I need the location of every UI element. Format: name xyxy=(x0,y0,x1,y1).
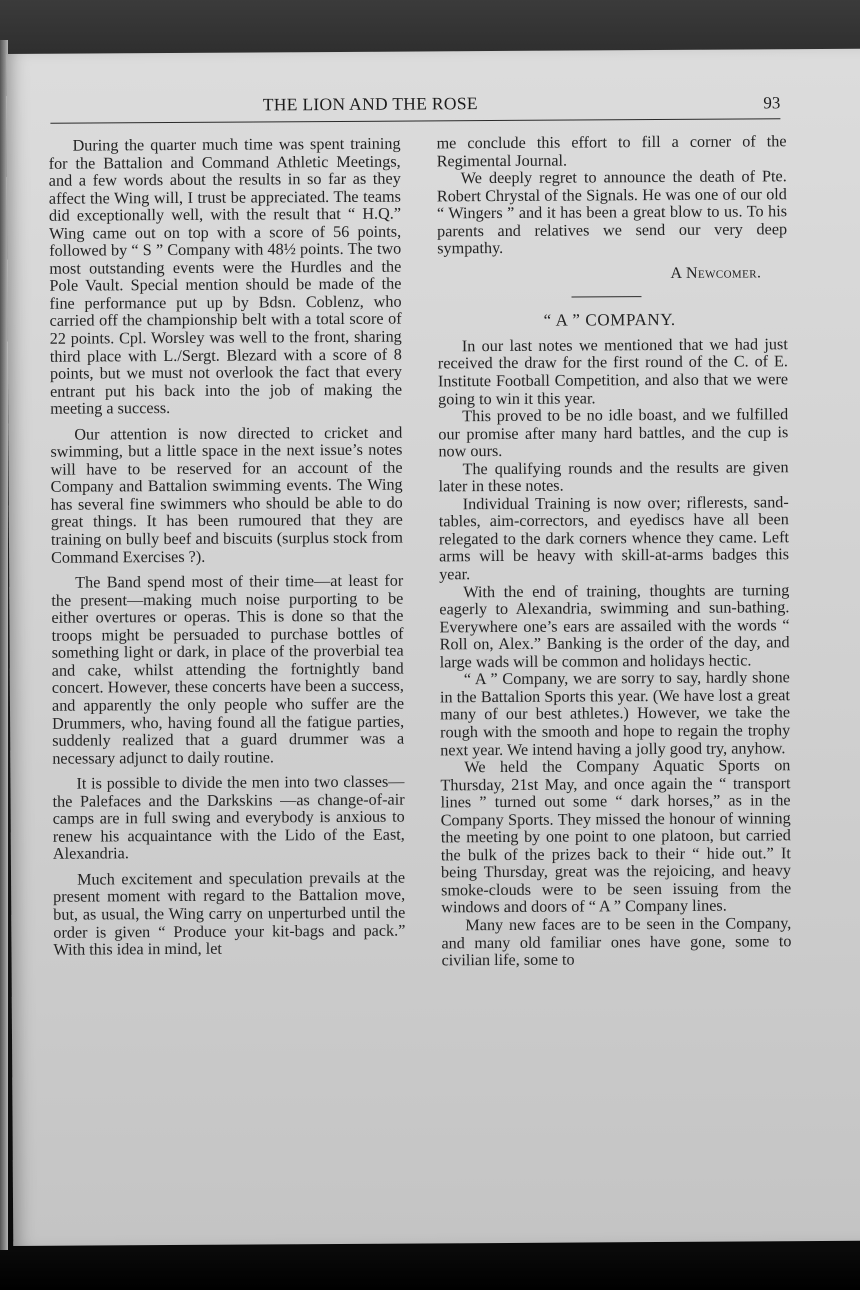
paragraph-aquatic-sports: We held the Company Aquatic Sports on Th… xyxy=(440,757,791,917)
publication-title: THE LION AND THE ROSE xyxy=(50,92,690,117)
paragraph-camps: It is possible to divide the men into tw… xyxy=(52,774,405,864)
paragraph-individual-training: Individual Training is now over; rifle­r… xyxy=(439,494,790,584)
paragraph-swimming: Our attention is now directed to cricket… xyxy=(50,424,403,567)
paragraph-football-draw: In our last notes we mentioned that we h… xyxy=(438,336,788,408)
paragraph-alexandria: With the end of training, thoughts are t… xyxy=(439,582,790,672)
paragraph-athletics: During the quarter much time was spent t… xyxy=(49,136,403,419)
left-column: During the quarter much time was spent t… xyxy=(49,136,406,960)
page-number: 93 xyxy=(763,93,780,113)
paragraph-qualifying-rounds: The qualifying rounds and the results ar… xyxy=(438,459,788,496)
paragraph-continuation: me conclude this effort to fill a corner… xyxy=(437,133,787,170)
author-signature: A Newcomer. xyxy=(437,264,761,284)
paragraph-cup-won: This proved to be no idle boast, and we … xyxy=(438,406,788,461)
right-column: me conclude this effort to fill a corner… xyxy=(437,133,792,970)
paragraph-battalion-sports: “ A ” Company, we are sorry to say, hard… xyxy=(440,670,791,760)
magazine-page: THE LION AND THE ROSE 93 During the quar… xyxy=(6,49,860,1246)
section-divider xyxy=(571,296,641,297)
photo-scene: THE LION AND THE ROSE 93 During the quar… xyxy=(0,0,860,1290)
paragraph-band: The Band spend most of their time—at lea… xyxy=(51,573,404,768)
paragraph-obituary: We deeply regret to announce the death o… xyxy=(437,168,788,258)
running-header: THE LION AND THE ROSE 93 xyxy=(50,91,780,121)
paragraph-new-faces: Many new faces are to be seen in the Com… xyxy=(441,915,791,970)
section-heading-a-company: “ A ” COMPANY. xyxy=(432,311,788,331)
paragraph-battalion-move: Much excitement and speculation pre­vail… xyxy=(53,869,406,959)
